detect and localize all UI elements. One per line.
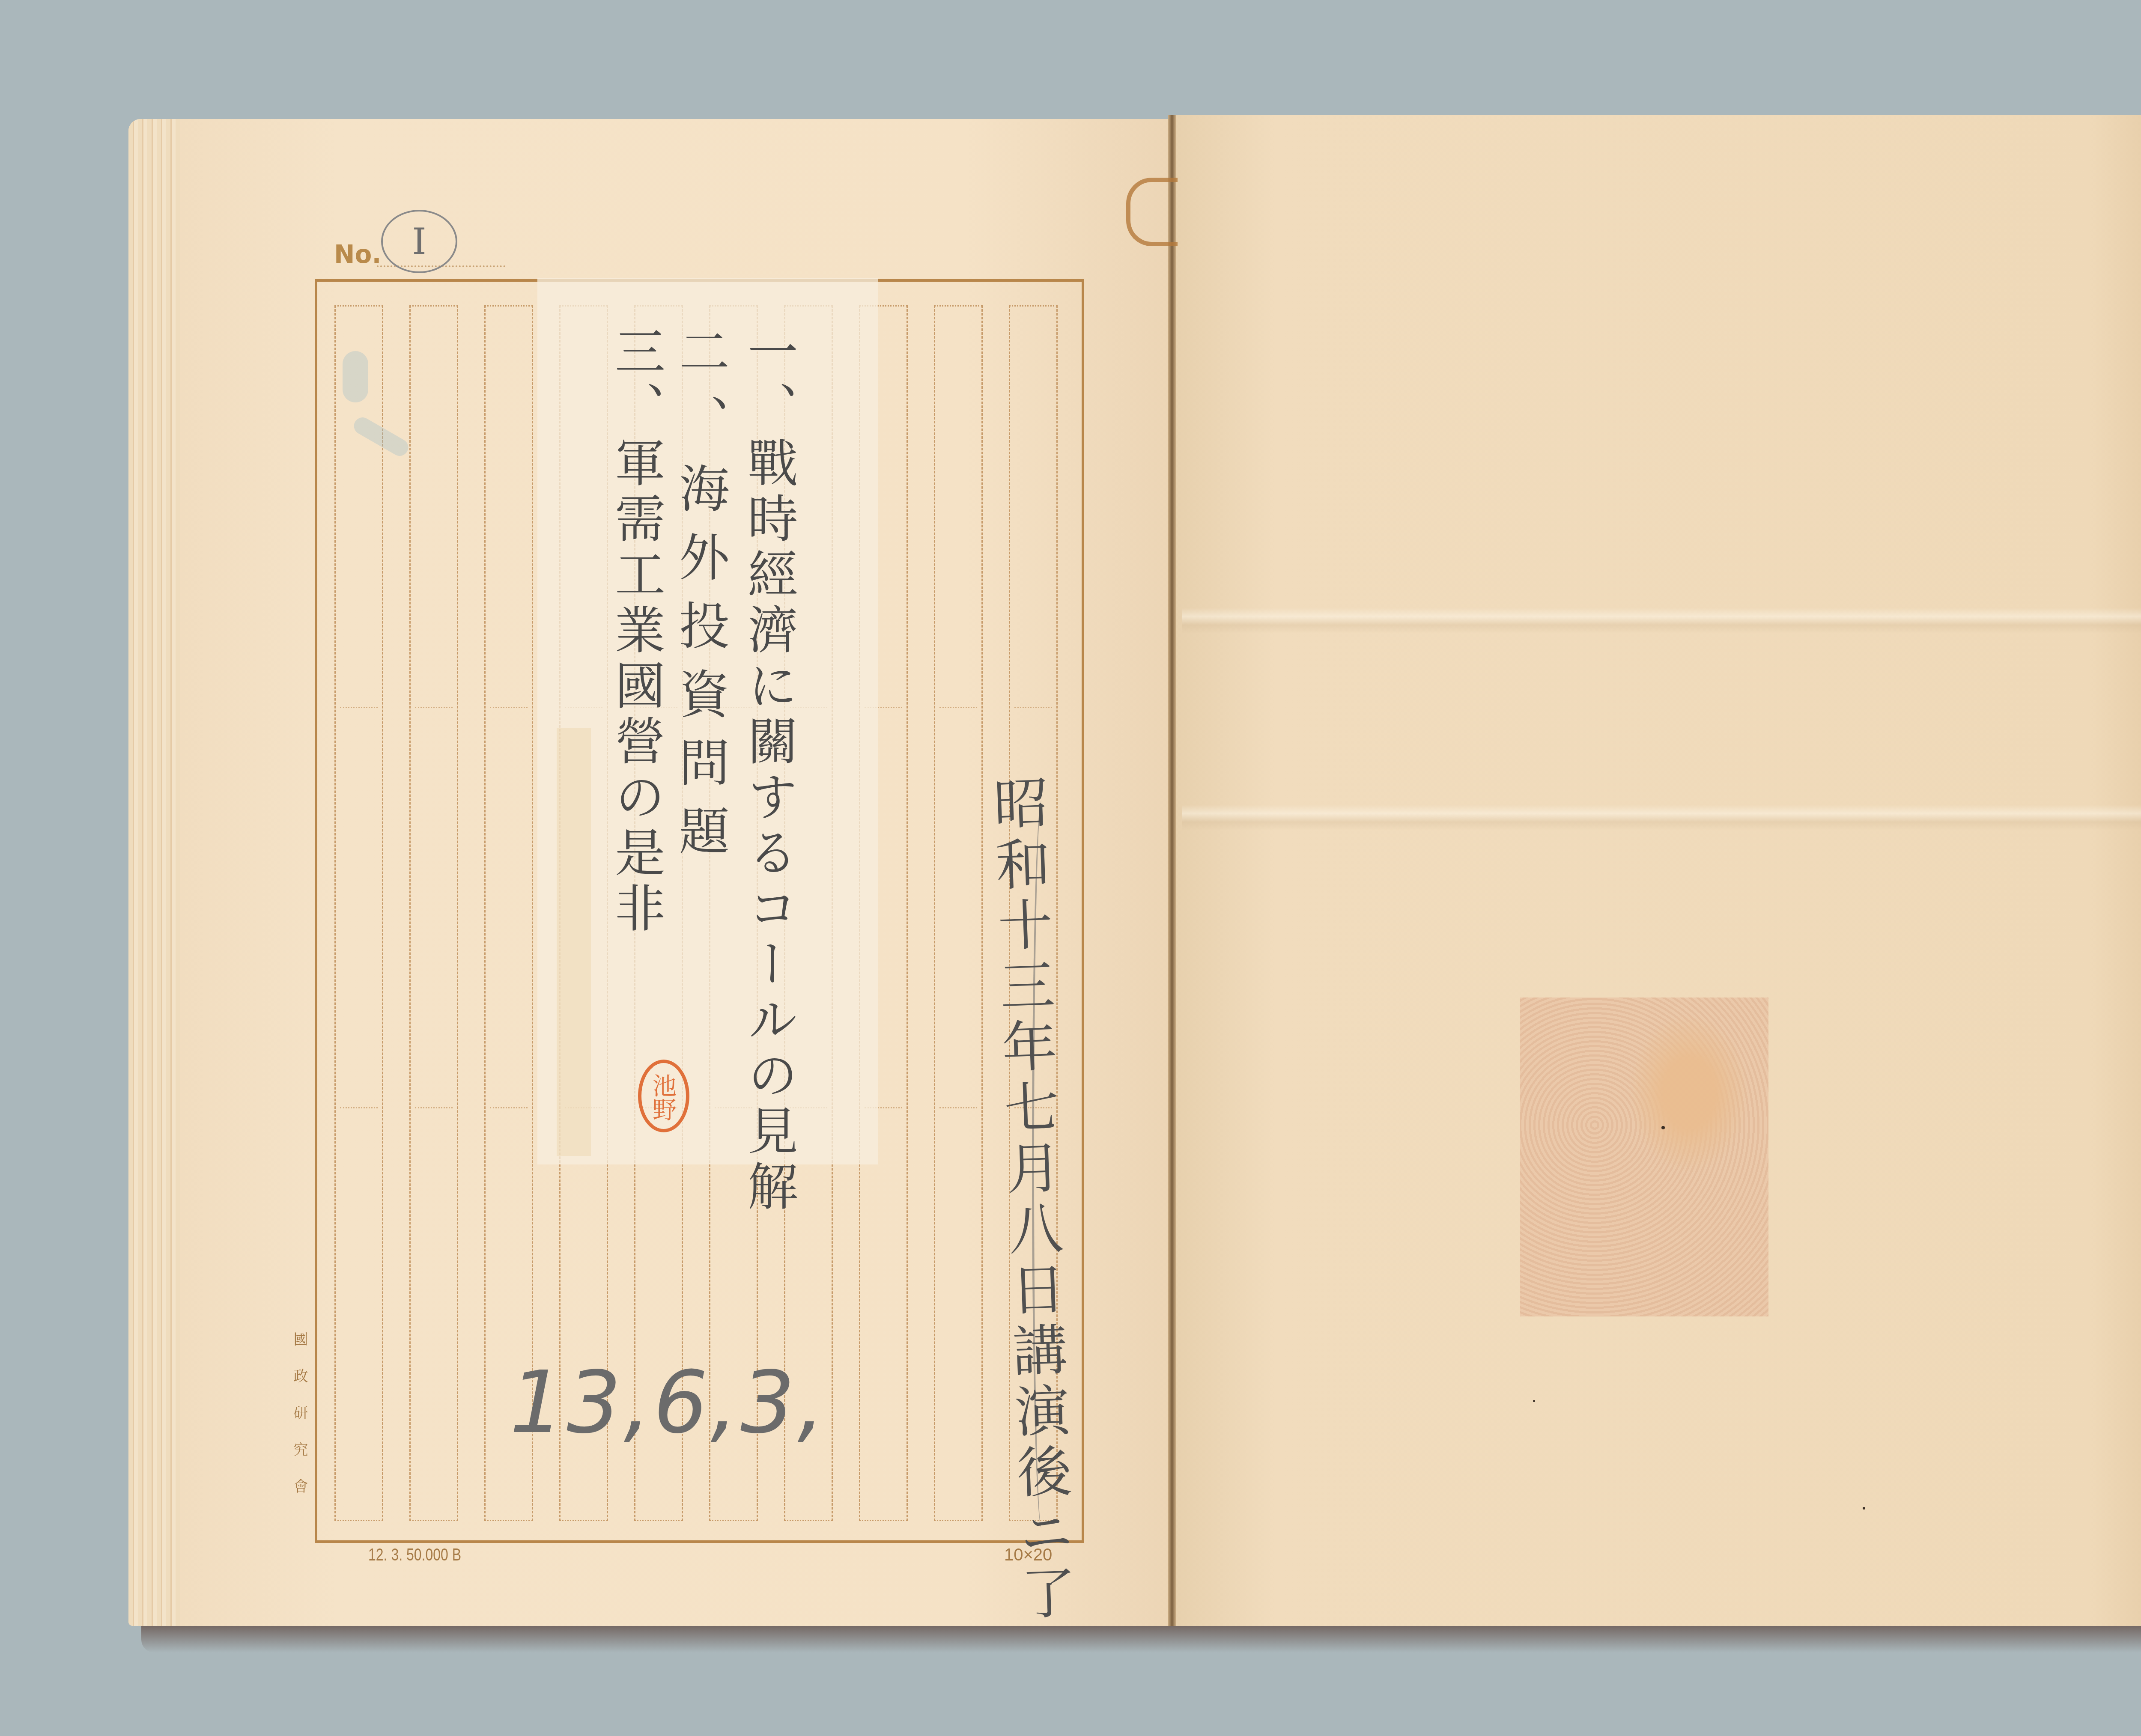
- paper-format-label: 10×20: [1004, 1545, 1052, 1565]
- grid-column: [409, 305, 458, 1521]
- paper-crease: [1182, 608, 2141, 634]
- contents-index: 二、: [671, 325, 730, 462]
- contents-index: 一、: [739, 325, 798, 437]
- number-label: No.: [334, 240, 381, 269]
- book-spine: [1168, 115, 1176, 1626]
- label-stain: [557, 728, 591, 1156]
- contents-text: 戰時經濟に關するコールの見解: [739, 437, 798, 1216]
- contents-line-3: 三、軍需工業國營の是非: [599, 325, 672, 938]
- ink-speck: [1863, 1507, 1865, 1510]
- contents-text: 軍需工業國營の是非: [606, 437, 665, 938]
- paper-crease: [1182, 805, 2141, 831]
- contents-line-2: 二、海外投資問題: [664, 325, 737, 873]
- ink-speck: [1661, 1126, 1665, 1129]
- book-shadow: [141, 1623, 2141, 1653]
- red-seal-stamp: 池野: [638, 1060, 689, 1132]
- right-page: [1173, 115, 2141, 1626]
- paperclip-rust-mark: [1126, 178, 1178, 246]
- grid-column: [934, 305, 983, 1521]
- contents-index: 三、: [606, 325, 665, 437]
- handwritten-date: 13,6,3,: [510, 1353, 827, 1453]
- publisher-side-text: 國政研究會: [289, 1331, 310, 1516]
- grid-column: [334, 305, 383, 1521]
- ink-speck: [1533, 1400, 1535, 1402]
- contents-line-1: 一、戰時經濟に關するコールの見解: [732, 325, 805, 1216]
- left-page-stack-edge: [128, 119, 180, 1626]
- rust-offset-stain: [1520, 998, 1768, 1316]
- grid-column: [484, 305, 533, 1521]
- number-value: I: [381, 210, 457, 273]
- contents-text: 海外投資問題: [671, 462, 730, 873]
- bleed-through-mark: [343, 351, 368, 402]
- print-code: 12. 3. 50.000 B: [368, 1545, 461, 1565]
